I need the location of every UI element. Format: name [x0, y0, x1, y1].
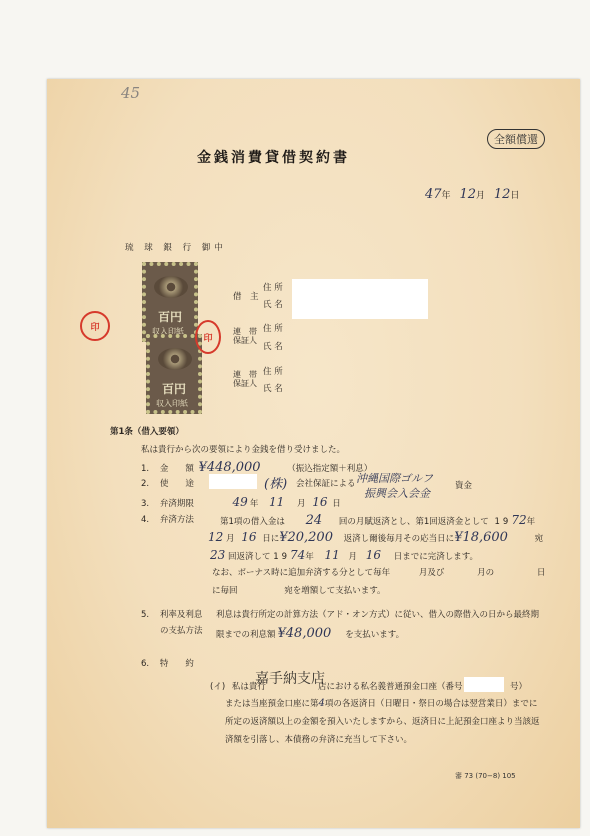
method-line-3: 23 回返済して 1974年 11 月 16 日までに完済します。	[210, 548, 478, 562]
item-purpose: 2. 使 途	[141, 477, 194, 489]
method-line-1: 第1項の借入金は 24 回の月賦返済とし、第1回返済金として 1972年	[220, 513, 535, 528]
full-repayment-stamp: 全額償還	[487, 129, 545, 149]
party-role-guarantor-2: 連 帯 保証人	[233, 370, 257, 388]
purpose-printed-end: 資金	[455, 479, 472, 491]
form-code: 審 73 (70−8) 105	[455, 771, 516, 781]
item-amount: 1. 金 額 ¥448,000 （振込指定額＋利息）	[141, 460, 372, 475]
party-role-guarantor-1: 連 帯 保証人	[233, 327, 257, 345]
purpose-hand-line2: 振興会入会金	[364, 485, 430, 501]
item-interest-label-1: 5. 利率及利息	[141, 608, 202, 620]
redacted-borrower-info	[292, 279, 428, 319]
party-name-label: 氏 名	[263, 382, 283, 394]
party-address-label: 住 所	[263, 365, 283, 377]
party-address-label: 住 所	[263, 281, 283, 293]
document-title: 金銭消費貸借契約書	[197, 147, 350, 167]
item-interest-label-2: の支払方法	[160, 624, 203, 636]
redacted-account-number	[464, 677, 504, 692]
purpose-printed-mid: 会社保証による	[296, 477, 356, 489]
special-clause-line-2: または当座預金口座に第4項の各返済日（日曜日・祭日の場合は翌営業日）までに	[225, 697, 537, 709]
chrysanthemum-icon	[154, 276, 188, 298]
purpose-hand-line1: 沖縄国際ゴルフ	[356, 470, 433, 486]
addressee: 琉 球 銀 行 御中	[125, 241, 227, 253]
special-clause-line-3: 所定の返済額以上の金額を預入いたしますから、返済日に上記預金口座より当該返	[225, 715, 540, 727]
red-seal-left: 印	[80, 311, 110, 341]
item-special-label: 6. 特 約	[141, 657, 194, 669]
party-name-label: 氏 名	[263, 298, 283, 310]
chrysanthemum-icon	[158, 348, 192, 370]
special-clause-account: 店における私名義普通預金口座（番号	[318, 680, 463, 692]
revenue-stamp: 百円 収入印紙	[146, 334, 202, 414]
special-clause-line-4: 済額を引落し、本債務の弁済に充当して下さい。	[225, 733, 412, 745]
interest-line-1: 利息は貴行所定の計算方法（アド・オン方式）に従い、借入の際借入の日から最終期	[216, 608, 539, 620]
purpose-corp-mark: (株)	[264, 473, 287, 492]
red-seal-stamp: 印	[195, 320, 221, 354]
method-line-5: に毎回 宛を増額して支払います。	[212, 584, 386, 596]
contract-date: 47年 12月 12日	[425, 187, 519, 202]
pencil-note: 45	[121, 84, 140, 102]
revenue-stamp: 百円 収入印紙	[142, 262, 198, 342]
party-name-label: 氏 名	[263, 340, 283, 352]
method-line-4: なお、ボーナス時に追加弁済する分として毎年 月及び 月の 日	[212, 566, 545, 578]
item-method-label: 4. 弁済方法	[141, 513, 194, 525]
method-line-2: 12 月 16 日に¥20,200 返済し爾後毎月その応当日に¥18,600 宛	[208, 530, 543, 545]
article1-intro: 私は貴行から次の要領により金銭を借り受けました。	[141, 443, 345, 455]
article1-heading: 第1条（借入要領）	[110, 425, 184, 437]
redacted-company-name	[209, 474, 257, 489]
special-clause-account-end: 号）	[510, 680, 527, 692]
interest-line-2: 限までの利息額¥48,000を支払います。	[216, 626, 404, 641]
branch-name-stamp: 嘉手納支店	[255, 668, 325, 688]
party-address-label: 住 所	[263, 322, 283, 334]
party-role-borrower: 借 主	[233, 290, 259, 302]
item-due-date: 3. 弁済期限 49年 11 月 16 日	[141, 495, 341, 509]
